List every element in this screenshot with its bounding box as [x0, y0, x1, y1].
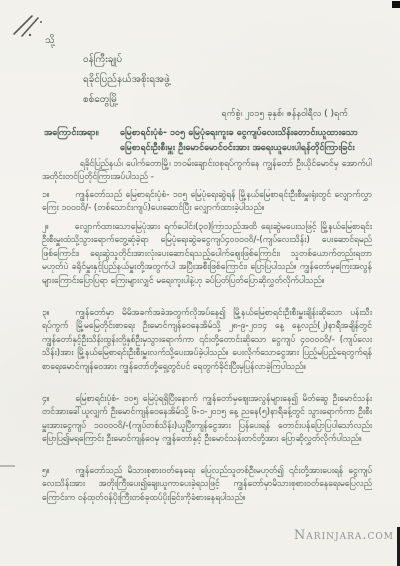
scanned-letter-page: သို့ ဝန်ကြီးချုပ် ရခိုင်ပြည်နယ်အစိုးရအဖွ…: [0, 0, 400, 566]
body-paragraph: ၃။ကျွန်တော်မှာ မိမိအခက်အခဲအတွက်လိုအပ်နေ၍…: [42, 307, 372, 388]
paragraph-number: ၅။: [42, 466, 49, 476]
salutation-to: သို့: [45, 33, 55, 48]
subject-line-2: မြေစာရင်းဦးစီးမှူး ဦးမောင်မောင်ဝင်းအား အ…: [120, 141, 374, 156]
paragraph-number: ၂။: [42, 222, 49, 232]
body-paragraph: ၄။မြေစာရင်းပုံစံ- ၁၀၅ မြေပုံရရှိပြီးနောက…: [42, 393, 372, 460]
paragraph-text: မြေစာရင်းပုံစံ- ၁၀၅ မြေပုံရရှိပြီးနောက် …: [42, 394, 372, 444]
paragraph-number: ၁။: [42, 190, 49, 200]
scan-artifact-left-dash: [0, 465, 15, 467]
paragraph-text: ကျွန်တော်သည် မိသားစုစားဝတ်နေရေး ပြေလည်သူ…: [42, 466, 372, 503]
body-paragraph: ၁။ကျွန်တော်သည် မြေစာရင်းပုံစံ- ၁၀၅ မြေပု…: [42, 189, 372, 216]
paragraph-text: ကျွန်တော်မှာ မိမိအခက်အခဲအတွက်လိုအပ်နေ၍ မ…: [42, 308, 372, 372]
body-paragraph: ၂။လျှောက်ထားသောမြေပုံအား ရက်ပေါင်း(၃၀)ကြ…: [42, 221, 372, 302]
recipient-line-chief-minister: ဝန်ကြီးချုပ်: [83, 50, 170, 70]
paragraph-text: လျှောက်ထားသောမြေပုံအား ရက်ပေါင်း(၃၀)ကြာသ…: [42, 222, 372, 286]
subject-line-1: မြေစာရင်းပုံစံ- ၁၀၅ မြေပုံရေးကူးခ ငွေကျပ…: [120, 126, 374, 141]
body-paragraph: ၅။ကျွန်တော်သည် မိသားစုစားဝတ်နေရေး ပြေလည်…: [42, 465, 372, 506]
letter-body: ရခိုင်ပြည်နယ်၊ ပေါက်တောမြို့၊ ဘဝမ်းချောင…: [42, 158, 372, 511]
paragraph-number: ၃။: [42, 308, 49, 318]
date-line: ရက်စွဲ၊ ၂၀၁၅ ခုနှစ်၊ ဇန်နဝါရီလ ( )ရက်: [222, 108, 348, 121]
paragraph-text: ကျွန်တော်သည် မြေစာရင်းပုံစံ- ၁၀၅ မြေပုံရ…: [42, 190, 372, 213]
recipient-line-town: စစ်တွေမြို့: [83, 90, 170, 110]
subject-label: အကြောင်းအရာ။: [44, 127, 98, 140]
recipient-address-block: ဝန်ကြီးချုပ် ရခိုင်ပြည်နယ်အစိုးရအဖွဲ့ စစ…: [83, 50, 170, 110]
intro-paragraph: ရခိုင်ပြည်နယ်၊ ပေါက်တောမြို့၊ ဘဝမ်းချောင…: [42, 158, 372, 185]
subject-block: အကြောင်းအရာ။ မြေစာရင်းပုံစံ- ၁၀၅ မြေပုံရ…: [44, 126, 374, 156]
scan-artifact-top-right: [392, 1, 400, 8]
recipient-line-state-government: ရခိုင်ပြည်နယ်အစိုးရအဖွဲ့: [83, 70, 170, 90]
numbered-paragraphs: ၁။ကျွန်တော်သည် မြေစာရင်းပုံစံ- ၁၀၅ မြေပု…: [42, 189, 372, 506]
watermark-narinjara: Narinjara.com: [294, 528, 394, 543]
paragraph-number: ၄။: [42, 394, 49, 404]
